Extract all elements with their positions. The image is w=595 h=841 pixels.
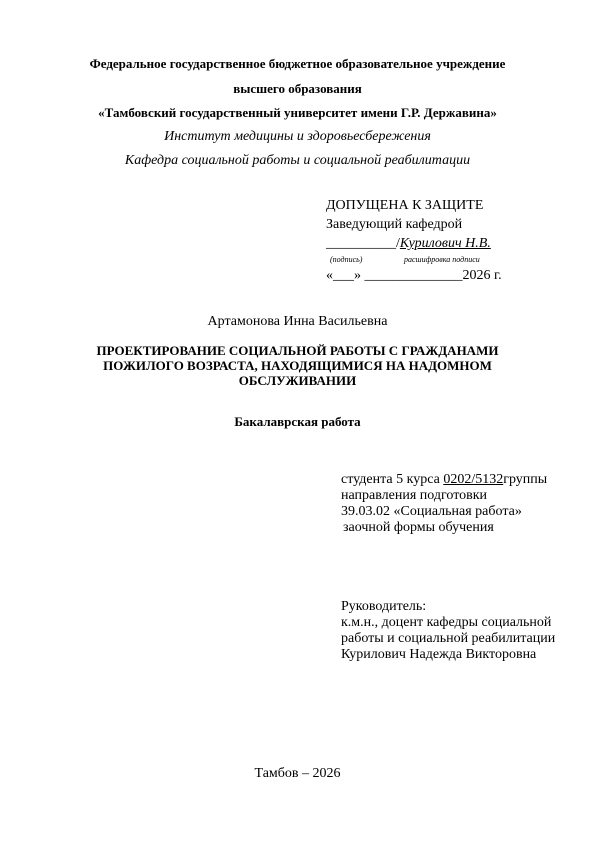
student-direction: направления подготовки (341, 488, 487, 504)
student-specialty: 39.03.02 «Социальная работа» (341, 504, 522, 520)
student-study-form: заочной формы обучения (343, 520, 494, 536)
supervisor-degree: к.м.н., доцент кафедры социальной (341, 615, 551, 631)
department-name: Кафедра социальной работы и социальной р… (0, 153, 595, 169)
date-blank: ______________ (365, 268, 463, 283)
caption-decoding: расшифровка подписи (404, 255, 480, 264)
org-line-1: Федеральное государственное бюджетное об… (0, 56, 595, 72)
signature-blank: __________ (326, 236, 396, 251)
city-year: Тамбов – 2026 (0, 766, 595, 782)
approval-date-line: «___» ______________2026 г. (326, 268, 502, 284)
group-number: 0202/5132 (443, 472, 503, 487)
approval-title: ДОПУЩЕНА К ЗАЩИТЕ (326, 198, 483, 214)
thesis-title-line-2: ПОЖИЛОГО ВОЗРАСТА, НАХОДЯЩИМИСЯ НА НАДОМ… (0, 358, 595, 374)
institute-name: Институт медицины и здоровьесбережения (0, 129, 595, 145)
approval-signature-line: __________/Курилович Н.В. (326, 236, 491, 252)
date-day: «___» (326, 268, 361, 283)
approval-role: Заведующий кафедрой (326, 217, 462, 233)
supervisor-label: Руководитель: (341, 599, 426, 615)
head-name: Курилович Н.В. (400, 236, 491, 251)
work-type: Бакалаврская работа (0, 414, 595, 430)
supervisor-name: Курилович Надежда Викторовна (341, 647, 536, 663)
university-name: «Тамбовский государственный университет … (0, 105, 595, 121)
supervisor-department: работы и социальной реабилитации (341, 631, 555, 647)
caption-signature: (подпись) (330, 255, 362, 264)
student-course-group: студента 5 курса 0202/5132группы (341, 472, 547, 488)
date-year: 2026 г. (463, 268, 502, 283)
thesis-title-line-1: ПРОЕКТИРОВАНИЕ СОЦИАЛЬНОЙ РАБОТЫ С ГРАЖД… (0, 343, 595, 359)
author-name: Артамонова Инна Васильевна (0, 314, 595, 330)
org-line-2: высшего образования (0, 81, 595, 97)
thesis-title-line-3: ОБСЛУЖИВАНИИ (0, 373, 595, 389)
